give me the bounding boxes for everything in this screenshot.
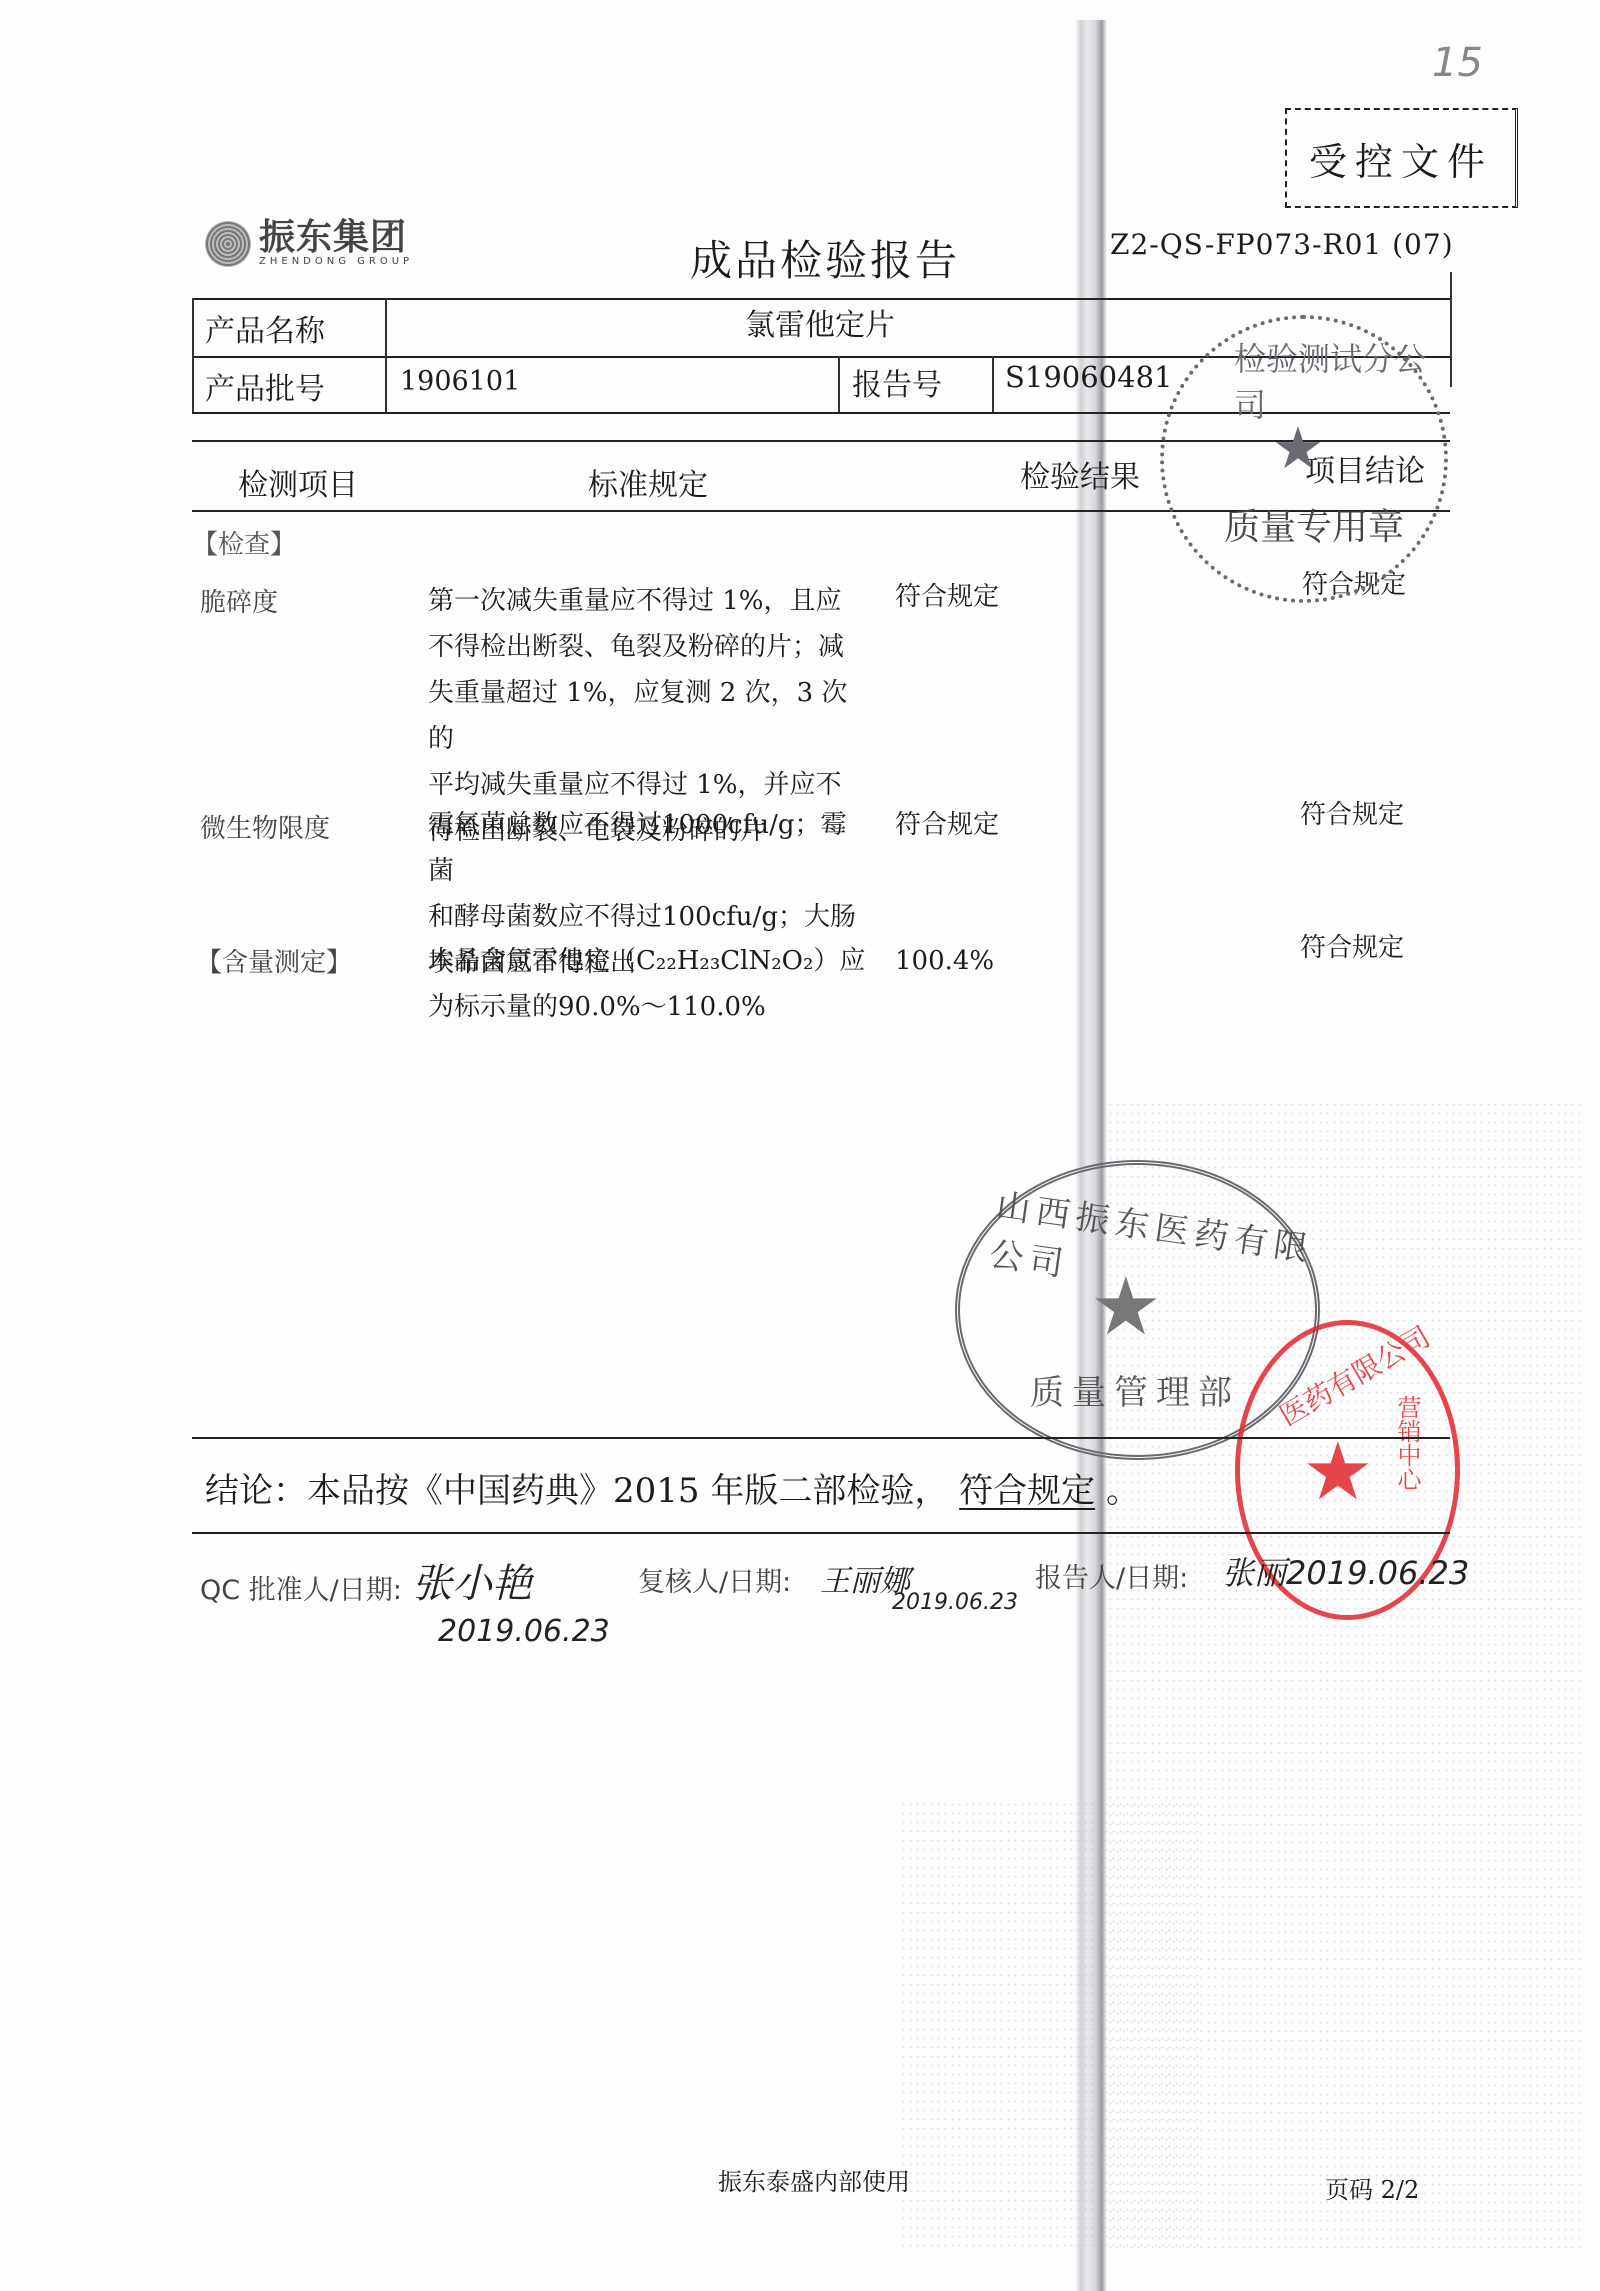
reviewer-date: 2019.06.23 bbox=[892, 1590, 1018, 1615]
col-header-spec: 标准规定 bbox=[588, 460, 708, 504]
handwritten-page-mark: 15 bbox=[1432, 40, 1483, 86]
reporter-signature: 张丽2019.06.23 bbox=[1222, 1548, 1469, 1594]
product-name-label: 产品名称 bbox=[205, 306, 325, 350]
controlled-document-box: 受控文件 bbox=[1285, 108, 1518, 208]
internal-use-footer: 振东泰盛内部使用 bbox=[718, 2162, 910, 2197]
item-conclusion: 符合规定 bbox=[1300, 792, 1404, 838]
document-code: Z2-QS-FP073-R01 (07) bbox=[1110, 228, 1454, 261]
conclusion-top-rule bbox=[192, 1437, 1450, 1439]
qc-approver-signature: 张小艳 bbox=[412, 1552, 532, 1609]
section-label-inspection: 【检查】 bbox=[192, 522, 296, 568]
logo-en-text: ZHENDONG GROUP bbox=[259, 256, 413, 267]
item-spec: 本品含氯雷他定（C₂₂H₂₃ClN₂O₂）应 为标示量的90.0%～110.0% bbox=[428, 938, 868, 1030]
col-header-item: 检测项目 bbox=[238, 460, 358, 504]
page-number: 页码 2/2 bbox=[1325, 2170, 1419, 2205]
conclusion-bottom-rule bbox=[192, 1532, 1450, 1534]
batch-label: 产品批号 bbox=[205, 364, 325, 408]
col-header-result: 检验结果 bbox=[1020, 452, 1140, 496]
qc-approver-date: 2019.06.23 bbox=[438, 1614, 610, 1649]
star-icon: ★ bbox=[1090, 1260, 1162, 1353]
logo-cn-text: 振东集团 bbox=[259, 220, 413, 256]
report-no-value: S19060481 bbox=[1005, 360, 1172, 394]
star-icon: ★ bbox=[1272, 414, 1324, 482]
item-name: 微生物限度 bbox=[200, 806, 330, 852]
conclusion-verdict: 符合规定 bbox=[959, 1471, 1095, 1511]
product-name-value: 氯雷他定片 bbox=[745, 300, 895, 344]
item-result: 符合规定 bbox=[895, 574, 999, 620]
qc-approver-label: QC 批准人/日期: bbox=[200, 1568, 402, 1607]
quality-seal-stamp: 检验测试分公司 ★ 质量专用章 bbox=[1160, 315, 1448, 603]
company-logo: 振东集团 ZHENDONG GROUP bbox=[205, 220, 413, 267]
report-no-label: 报告号 bbox=[852, 360, 942, 404]
conclusion-text: 结论：本品按《中国药典》2015 年版二部检验， 符合规定 。 bbox=[205, 1463, 1140, 1512]
batch-value: 1906101 bbox=[400, 366, 520, 397]
logo-emblem-icon bbox=[205, 221, 251, 267]
reporter-label: 报告人/日期: bbox=[1035, 1556, 1188, 1595]
section-label-assay: 【含量测定】 bbox=[196, 940, 352, 986]
item-result: 100.4% bbox=[895, 938, 994, 984]
report-title: 成品检验报告 bbox=[690, 228, 960, 288]
item-conclusion: 符合规定 bbox=[1300, 925, 1404, 971]
item-name: 脆碎度 bbox=[200, 580, 278, 626]
item-result: 符合规定 bbox=[895, 802, 999, 848]
scan-noise bbox=[900, 1800, 1200, 2250]
reviewer-label: 复核人/日期: bbox=[638, 1560, 791, 1599]
